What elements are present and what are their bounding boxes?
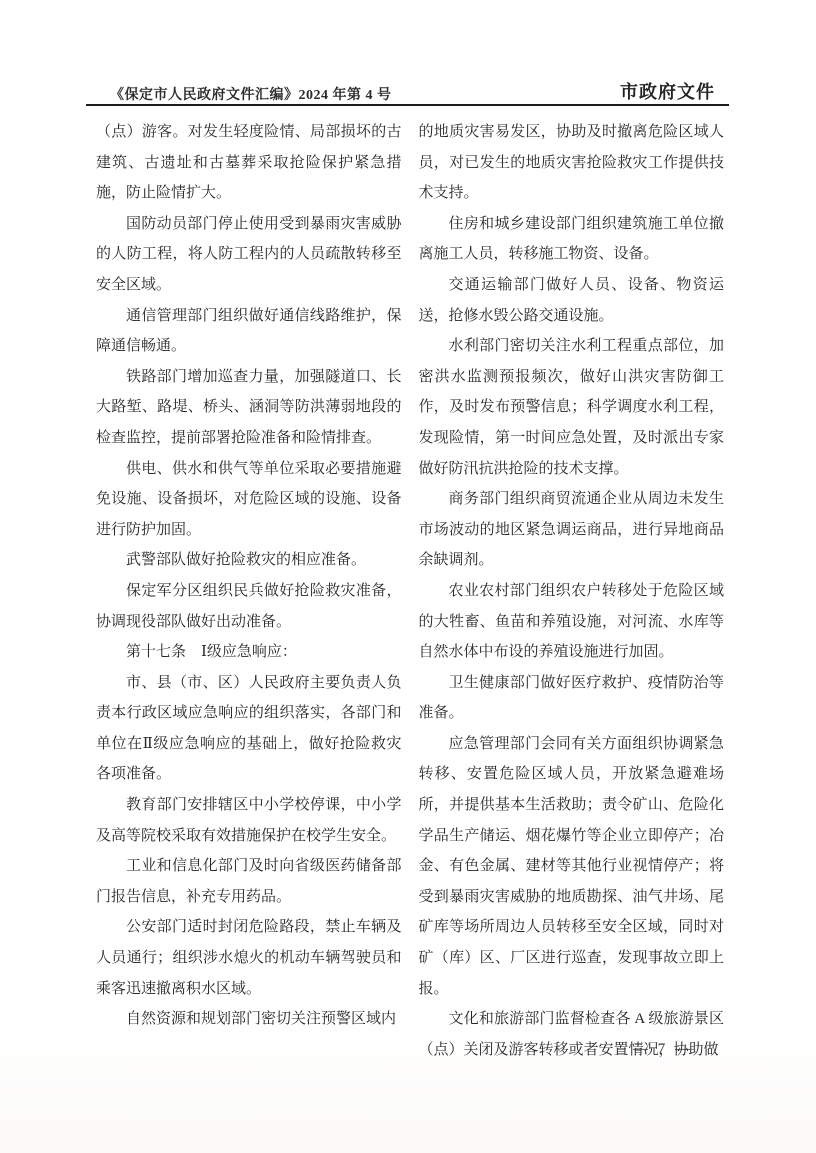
paragraph: 交通运输部门做好人员、设备、物资运送，抢修水毁公路交通设施。	[419, 270, 725, 331]
paragraph: 通信管理部门组织做好通信线路维护，保障通信畅通。	[96, 301, 402, 362]
paragraph: 自然资源和规划部门密切关注预警区域内	[96, 1004, 402, 1035]
paragraph: 公安部门适时封闭危险路段，禁止车辆及人员通行；组织涉水熄火的机动车辆驾驶员和乘客…	[96, 912, 402, 1004]
paragraph: 供电、供水和供气等单位采取必要措施避免设施、设备损坏，对危险区域的设施、设备进行…	[96, 454, 402, 546]
paragraph: 农业农村部门组织农户转移处于危险区域的大牲畜、鱼苗和养殖设施，对河流、水库等自然…	[419, 576, 725, 668]
header-rule	[86, 104, 729, 106]
left-column: （点）游客。对发生轻度险情、局部损坏的古建筑、古遗址和古墓葬采取抢险保护紧急措施…	[96, 117, 402, 1065]
paragraph: 铁路部门增加巡查力量，加强隧道口、长大路堑、路堤、桥头、涵洞等防洪薄弱地段的检查…	[96, 362, 402, 454]
paragraph: 市、县（市、区）人民政府主要负责人负责本行政区域应急响应的组织落实，各部门和单位…	[96, 668, 402, 790]
paragraph: 应急管理部门会同有关方面组织协调紧急转移、安置危险区域人员，开放紧急避难场所，并…	[419, 729, 725, 1004]
paragraph: （点）游客。对发生轻度险情、局部损坏的古建筑、古遗址和古墓葬采取抢险保护紧急措施…	[96, 117, 402, 209]
paragraph: 国防动员部门停止使用受到暴雨灾害威胁的人防工程，将人防工程内的人员疏散转移至安全…	[96, 209, 402, 301]
paragraph: 保定军分区组织民兵做好抢险救灾准备，协调现役部队做好出动准备。	[96, 576, 402, 637]
paragraph: 的地质灾害易发区，协助及时撤离危险区域人员，对已发生的地质灾害抢险救灾工作提供技…	[419, 117, 725, 209]
paragraph: 教育部门安排辖区中小学校停课，中小学及高等院校采取有效措施保护在校学生安全。	[96, 790, 402, 851]
document-page: 《保定市人民政府文件汇编》2024 年第 4 号 市政府文件 （点）游客。对发生…	[0, 0, 816, 1153]
page-header: 《保定市人民政府文件汇编》2024 年第 4 号 市政府文件	[86, 78, 729, 104]
paragraph: 商务部门组织商贸流通企业从周边未发生市场波动的地区紧急调运商品，进行异地商品余缺…	[419, 484, 725, 576]
paragraph: 水利部门密切关注水利工程重点部位，加密洪水监测预报频次，做好山洪灾害防御工作，及…	[419, 331, 725, 484]
document-body: （点）游客。对发生轻度险情、局部损坏的古建筑、古遗址和古墓葬采取抢险保护紧急措施…	[96, 117, 724, 1065]
paragraph: 卫生健康部门做好医疗救护、疫情防治等准备。	[419, 668, 725, 729]
right-column: 的地质灾害易发区，协助及时撤离危险区域人员，对已发生的地质灾害抢险救灾工作提供技…	[419, 117, 725, 1065]
paragraph: 工业和信息化部门及时向省级医药储备部门报告信息，补充专用药品。	[96, 851, 402, 912]
page-number: — 7 —	[633, 1041, 693, 1058]
paragraph: 住房和城乡建设部门组织建筑施工单位撤离施工人员，转移施工物资、设备。	[419, 209, 725, 270]
header-section-label: 市政府文件	[620, 78, 715, 104]
header-compilation-title: 《保定市人民政府文件汇编》2024 年第 4 号	[110, 84, 392, 104]
paragraph-article-heading: 第十七条 Ⅰ级应急响应：	[96, 637, 402, 668]
paragraph: 武警部队做好抢险救灾的相应准备。	[96, 545, 402, 576]
